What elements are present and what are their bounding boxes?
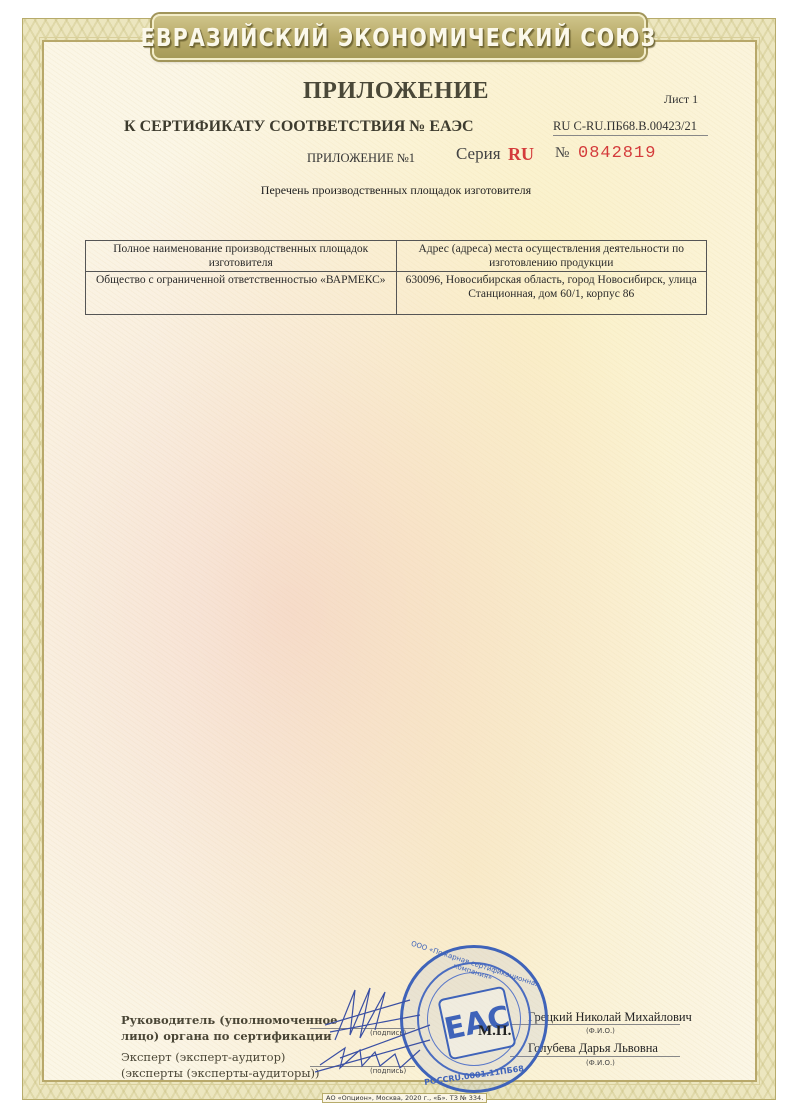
printer-imprint: АО «Опцион», Москва, 2020 г., «Б». ТЗ № …	[322, 1093, 487, 1103]
sheet-number: Лист 1	[664, 92, 698, 107]
list-title: Перечень производственных площадок изгот…	[0, 183, 792, 198]
seal-place-mark: М.П.	[478, 1023, 511, 1040]
union-banner-text: ЕВРАЗИЙСКИЙ ЭКОНОМИЧЕСКИЙ СОЮЗ	[141, 23, 657, 52]
serial-number: 0842819	[578, 144, 656, 163]
table-row: Общество с ограниченной ответственностью…	[86, 272, 707, 315]
certification-seal: ООО «Пожарная сертификационная компания»…	[400, 945, 548, 1093]
head-label: Руководитель (уполномоченное лицо) орган…	[121, 1012, 338, 1044]
certificate-subtitle: К СЕРТИФИКАТУ СООТВЕТСТВИЯ № ЕАЭС	[124, 118, 474, 136]
head-name-caption: (Ф.И.О.)	[586, 1027, 615, 1035]
expert-name: Голубева Дарья Львовна	[528, 1041, 658, 1056]
table-header-row: Полное наименование производственных пло…	[86, 241, 707, 272]
head-name: Грецкий Николай Михайлович	[528, 1010, 692, 1025]
column-header-name: Полное наименование производственных пло…	[86, 241, 397, 272]
column-header-address: Адрес (адреса) места осуществления деяте…	[396, 241, 707, 272]
series-label: Серия	[456, 144, 501, 164]
appendix-label: ПРИЛОЖЕНИЕ №1	[307, 151, 415, 166]
union-banner: ЕВРАЗИЙСКИЙ ЭКОНОМИЧЕСКИЙ СОЮЗ	[152, 14, 646, 60]
expert-sign-caption: (подпись)	[370, 1067, 406, 1075]
expert-label-line2: (эксперты (эксперты-аудиторы))	[121, 1065, 320, 1081]
head-label-line2: лицо) органа по сертификации	[121, 1028, 338, 1044]
head-label-line1: Руководитель (уполномоченное	[121, 1012, 338, 1028]
site-address: 630096, Новосибирская область, город Нов…	[396, 272, 707, 315]
series-value: RU	[508, 144, 534, 165]
expert-label-line1: Эксперт (эксперт-аудитор)	[121, 1049, 320, 1065]
certificate-number: RU С-RU.ПБ68.В.00423/21	[553, 119, 708, 136]
production-sites-table: Полное наименование производственных пло…	[85, 240, 707, 315]
expert-label: Эксперт (эксперт-аудитор) (эксперты (экс…	[121, 1049, 320, 1081]
number-label: №	[555, 145, 569, 162]
expert-name-caption: (Ф.И.О.)	[586, 1059, 615, 1067]
site-name: Общество с ограниченной ответственностью…	[86, 272, 397, 315]
